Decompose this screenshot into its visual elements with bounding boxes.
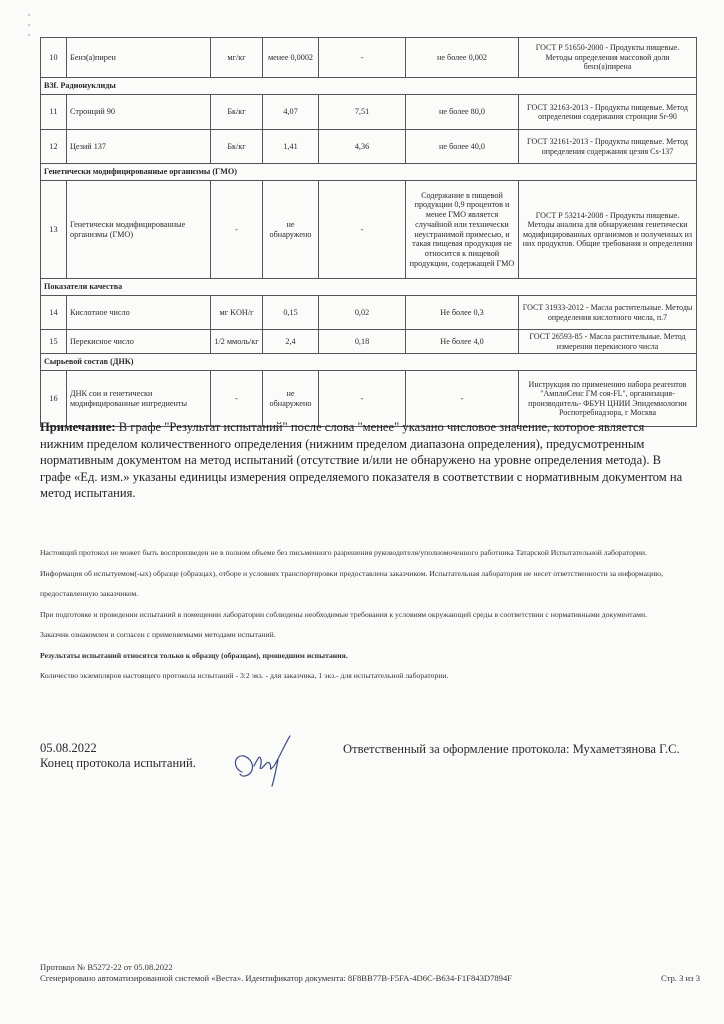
- generated-by: Сгенерировано автоматизированной системо…: [40, 973, 700, 984]
- row-number: 15: [41, 330, 67, 354]
- document-page: 10 Бенз(а)пирен мг/кг менее 0,0002 - не …: [0, 0, 724, 1024]
- section-header: В3f. Радионуклиды: [41, 78, 697, 95]
- table-row: 12 Цезий 137 Бк/кг 1,41 4,36 не более 40…: [41, 130, 697, 164]
- end-block: 05.08.2022 Конец протокола испытаний.: [40, 741, 196, 771]
- norm: Содержание в пищевой продукции 0,9 проце…: [406, 181, 519, 279]
- disclaimer-conditions: При подготовке и проведении испытаний в …: [40, 605, 700, 626]
- unit: мг/кг: [211, 38, 263, 78]
- indicator-name: Стронций 90: [67, 95, 211, 130]
- section-header: Показатели качества: [41, 279, 697, 296]
- norm: не более 0,002: [406, 38, 519, 78]
- scan-margin-marks: [28, 14, 32, 44]
- table-row: 13 Генетически модифицированные организм…: [41, 181, 697, 279]
- uncertainty: 7,51: [319, 95, 406, 130]
- result: 2,4: [263, 330, 319, 354]
- disclaimer-results-scope: Результаты испытаний относятся только к …: [40, 646, 700, 667]
- protocol-number: Протокол № B5272-22 от 05.08.2022: [40, 962, 700, 973]
- section-header: Сырьевой состав (ДНК): [41, 354, 697, 371]
- result: 0,15: [263, 296, 319, 330]
- disclaimer-methods-agreed: Заказчик ознакомлен и согласен с применя…: [40, 625, 700, 646]
- test-method: ГОСТ 26593-85 - Масла растительные. Мето…: [519, 330, 697, 354]
- test-method: ГОСТ 32163-2013 - Продукты пищевые. Мето…: [519, 95, 697, 130]
- uncertainty: -: [319, 181, 406, 279]
- note-text: В графе "Результат испытаний" после слов…: [40, 420, 682, 500]
- note-paragraph: Примечание: В графе "Результат испытаний…: [40, 419, 690, 502]
- end-text: Конец протокола испытаний.: [40, 756, 196, 771]
- table-row: 14 Кислотное число мг KOH/г 0,15 0,02 Не…: [41, 296, 697, 330]
- disclaimer-reproduction: Настоящий протокол не может быть воспрои…: [40, 543, 700, 564]
- uncertainty: -: [319, 38, 406, 78]
- section-header: Генетически модифицированные организмы (…: [41, 164, 697, 181]
- unit: мг KOH/г: [211, 296, 263, 330]
- page-number: Стр. 3 из 3: [661, 973, 700, 984]
- uncertainty: 0,18: [319, 330, 406, 354]
- test-method: ГОСТ Р 51650-2000 - Продукты пищевые. Ме…: [519, 38, 697, 78]
- indicator-name: Кислотное число: [67, 296, 211, 330]
- row-number: 10: [41, 38, 67, 78]
- uncertainty: 4,36: [319, 130, 406, 164]
- unit: Бк/кг: [211, 130, 263, 164]
- row-number: 12: [41, 130, 67, 164]
- unit: -: [211, 181, 263, 279]
- test-method: ГОСТ 31933-2012 - Масла растительные. Ме…: [519, 296, 697, 330]
- section-title: В3f. Радионуклиды: [41, 78, 697, 95]
- result: менее 0,0002: [263, 38, 319, 78]
- table-row: 11 Стронций 90 Бк/кг 4,07 7,51 не более …: [41, 95, 697, 130]
- result: 1,41: [263, 130, 319, 164]
- unit: 1/2 ммоль/кг: [211, 330, 263, 354]
- norm: Не более 0,3: [406, 296, 519, 330]
- section-title: Генетически модифицированные организмы (…: [41, 164, 697, 181]
- end-date: 05.08.2022: [40, 741, 196, 756]
- norm: не более 80,0: [406, 95, 519, 130]
- test-method: ГОСТ Р 53214-2008 - Продукты пищевые. Ме…: [519, 181, 697, 279]
- results-table: 10 Бенз(а)пирен мг/кг менее 0,0002 - не …: [40, 37, 697, 427]
- uncertainty: 0,02: [319, 296, 406, 330]
- section-title: Сырьевой состав (ДНК): [41, 354, 697, 371]
- note-label: Примечание:: [40, 420, 116, 434]
- page-footer: Протокол № B5272-22 от 05.08.2022 Сгенер…: [40, 962, 700, 984]
- indicator-name: Цезий 137: [67, 130, 211, 164]
- disclaimers: Настоящий протокол не может быть воспрои…: [40, 543, 700, 687]
- table-row: 15 Перекисное число 1/2 ммоль/кг 2,4 0,1…: [41, 330, 697, 354]
- result: 4,07: [263, 95, 319, 130]
- disclaimer-sample-info: Информация об испытуемом(-ых) образце (о…: [40, 564, 700, 605]
- indicator-name: Генетически модифицированные организмы (…: [67, 181, 211, 279]
- section-title: Показатели качества: [41, 279, 697, 296]
- row-number: 13: [41, 181, 67, 279]
- signature-icon: [228, 730, 298, 790]
- norm: не более 40,0: [406, 130, 519, 164]
- disclaimer-copies: Количество экземпляров настоящего проток…: [40, 666, 700, 687]
- indicator-name: Перекисное число: [67, 330, 211, 354]
- norm: Не более 4,0: [406, 330, 519, 354]
- responsible-person: Ответственный за оформление протокола: М…: [343, 742, 680, 757]
- row-number: 11: [41, 95, 67, 130]
- row-number: 14: [41, 296, 67, 330]
- table-row: 10 Бенз(а)пирен мг/кг менее 0,0002 - не …: [41, 38, 697, 78]
- test-method: ГОСТ 32161-2013 - Продукты пищевые. Мето…: [519, 130, 697, 164]
- result: не обнаружено: [263, 181, 319, 279]
- indicator-name: Бенз(а)пирен: [67, 38, 211, 78]
- unit: Бк/кг: [211, 95, 263, 130]
